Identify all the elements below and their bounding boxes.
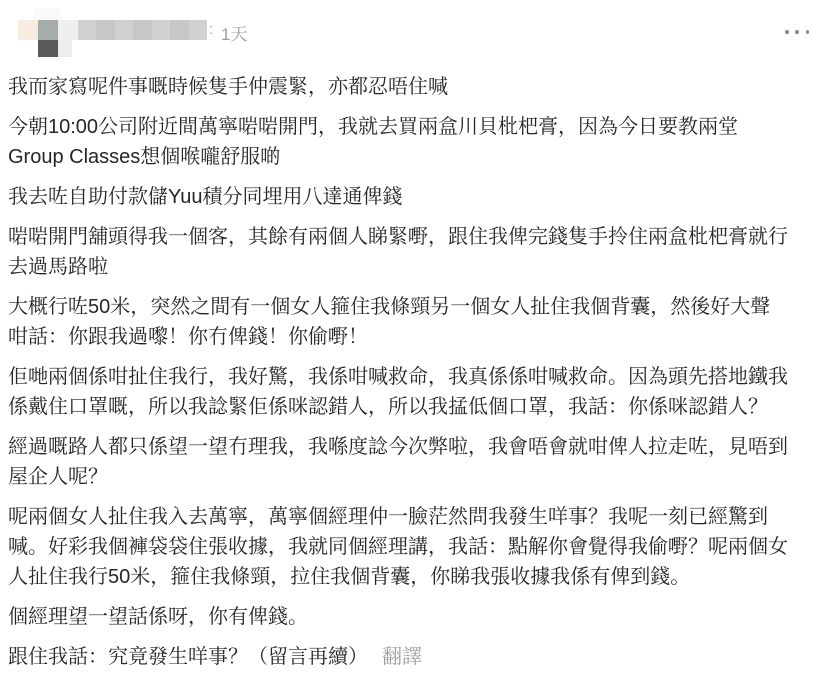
avatar[interactable]	[18, 20, 38, 40]
post-paragraph-text: 跟住我話：究竟發生咩事？（留言再續）	[8, 646, 368, 668]
post-paragraph: 我去咗自助付款儲Yuu積分同埋用八達通俾錢	[8, 182, 788, 212]
post-header: : 1天	[0, 0, 817, 72]
post-paragraph: 呢兩個女人扯住我入去萬寧，萬寧個經理仲一臉茫然問我發生咩事？我呢一刻已經驚到喊。…	[8, 502, 788, 592]
post-paragraph: 經過嘅路人都只係望一望冇理我，我喺度諗今次弊啦，我會唔會就咁俾人拉走咗，見唔到屋…	[8, 432, 788, 492]
post-paragraph: 啱啱開門舖頭得我一個客，其餘有兩個人睇緊嘢，跟住我俾完錢隻手拎住兩盒枇杷膏就行去…	[8, 222, 788, 282]
redacted-avatar-fragment	[34, 8, 60, 20]
redacted-username[interactable]	[78, 20, 207, 40]
post-menu-button[interactable]	[785, 24, 809, 40]
facebook-post: : 1天 我而家寫呢件事嘅時候隻手仲震緊，亦都忍唔住喊 今朝10:00公司附近間…	[0, 0, 817, 676]
translate-link[interactable]: 翻譯	[382, 646, 422, 668]
redacted-avatar-fragment	[38, 20, 58, 40]
post-paragraph: 跟住我話：究竟發生咩事？（留言再續）翻譯	[8, 642, 788, 672]
ellipsis-icon	[795, 30, 799, 34]
post-paragraph: 佢哋兩個係咁扯住我行，我好驚，我係咁喊救命，我真係係咁喊救命。因為頭先搭地鐵我係…	[8, 362, 788, 422]
post-paragraph: 我而家寫呢件事嘅時候隻手仲震緊，亦都忍唔住喊	[8, 72, 788, 102]
post-paragraph: 個經理望一望話係呀，你有俾錢。	[8, 602, 788, 632]
ellipsis-icon	[785, 30, 789, 34]
redacted-avatar-fragment	[58, 20, 78, 40]
header-separator: :	[209, 21, 213, 38]
post-body: 我而家寫呢件事嘅時候隻手仲震緊，亦都忍唔住喊 今朝10:00公司附近間萬寧啱啱開…	[0, 72, 817, 672]
redacted-avatar-fragment	[38, 40, 58, 57]
post-paragraph: 今朝10:00公司附近間萬寧啱啱開門，我就去買兩盒川貝枇杷膏，因為今日要教兩堂G…	[8, 112, 788, 172]
redacted-avatar-fragment	[58, 40, 72, 57]
ellipsis-icon	[806, 30, 810, 34]
post-timestamp[interactable]: 1天	[221, 20, 247, 45]
post-paragraph: 大概行咗50米，突然之間有一個女人箍住我條頸另一個女人扯住我個背囊，然後好大聲咁…	[8, 292, 788, 352]
